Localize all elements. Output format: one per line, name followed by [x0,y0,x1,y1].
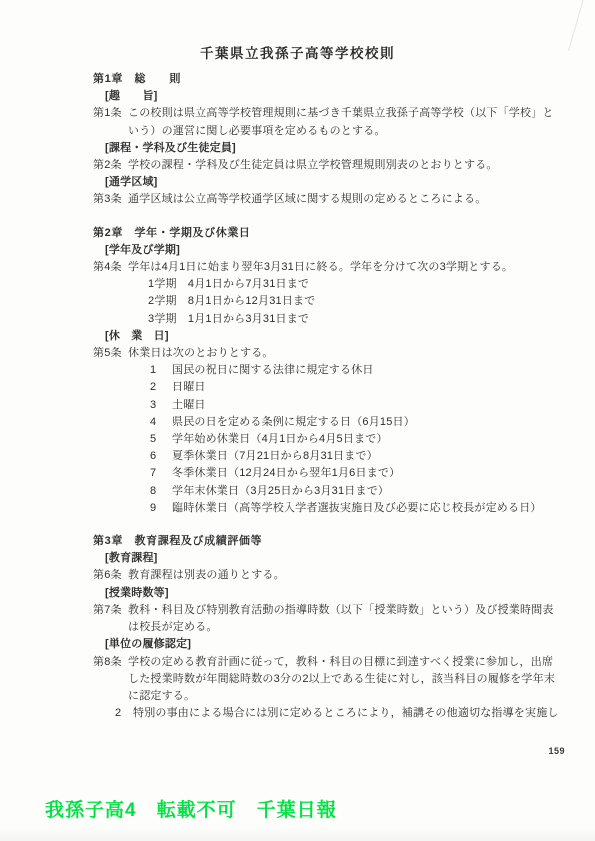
document-line: に認定する。 [93,688,565,705]
line-text: [学年及び学期] [105,244,180,256]
document-line: 9臨時休業日（高等学校入学者選抜実施日及び必要に応じ校長が定める日） [93,500,565,517]
document-line: 1国民の祝日に関する法律に規定する休日 [93,362,565,379]
line-number-label: 8 [150,483,172,500]
line-text: した授業時数が年間総時数の3分の2以上である生徒に対し，該当科目の履修を学年末 [128,673,555,685]
line-text: 第1章 総 則 [93,73,181,85]
document-line: [教育課程] [93,550,565,567]
line-text: [趣 旨] [105,90,158,102]
line-text: 土曜日 [172,397,206,414]
line-number-label: 9 [150,500,172,517]
line-number-label: 第4条 [93,259,128,276]
line-text: 2学期 8月1日から12月31日まで [148,295,315,307]
line-text: [休 業 日] [105,330,169,342]
line-number-label: 4 [150,414,172,431]
document-line: 第5条休業日は次のとおりとする。 [93,345,565,362]
line-number-label: 1 [150,362,172,379]
line-number-label: 5 [150,431,172,448]
line-number-label: 第8条 [93,654,128,671]
line-number-label: 3 [150,397,172,414]
document-line: 3学期 1月1日から3月31日まで [93,311,565,328]
line-text: 1学期 4月1日から7月31日まで [148,278,309,290]
document-line: いう）の運営に関し必要事項を定めるものとする。 [93,123,565,140]
document-line: 3土曜日 [93,397,565,414]
line-text: 第3章 教育課程及び成績評価等 [93,535,262,547]
scanned-document-page: 千葉県立我孫子高等学校校則 第1章 総 則[趣 旨]第1条この校則は県立高等学校… [0,0,595,841]
line-text: 学年末休業日（3月25日から3月31日まで） [172,483,389,500]
line-text: [単位の履修認定] [105,638,191,650]
document-line: 第6条教育課程は別表の通りとする。 [93,567,565,584]
document-line: 第7条教科・科目及び特別教育活動の指導時数（以下「授業時数」という）及び授業時間… [93,602,565,619]
line-number-label: 第7条 [93,602,128,619]
line-text: に認定する。 [128,690,195,702]
document-line: 第3条通学区域は公立高等学校通学区域に関する規則の定めるところによる。 [93,191,565,208]
line-text: 通学区域は公立高等学校通学区域に関する規則の定めるところによる。 [128,191,486,208]
line-text: 学校の課程・学科及び生徒定員は県立学校管理規則別表のとおりとする。 [128,157,498,174]
document-line: [単位の履修認定] [93,636,565,653]
document-title: 千葉県立我孫子高等学校校則 [0,42,595,62]
line-text: 学年は4月1日に始まり翌年3月31日に終る。学年を分けて次の3学期とする。 [128,259,513,276]
line-text: 休業日は次のとおりとする。 [128,345,274,362]
copyright-stamp: 我孫子高4 転載不可 千葉日報 [45,795,337,822]
document-line: 2学期 8月1日から12月31日まで [93,293,565,310]
line-number-label: 第6条 [93,567,128,584]
line-number-label: 第1条 [93,105,128,122]
line-text: 学年始め休業日（4月1日から4月5日まで） [172,431,388,448]
document-line: 1学期 4月1日から7月31日まで [93,276,565,293]
line-number-label: 第5条 [93,345,128,362]
line-text: [授業時数等] [105,587,169,599]
line-number-label: 2 [115,705,133,722]
line-text: 教育課程は別表の通りとする。 [128,567,285,584]
document-line: 7冬季休業日（12月24日から翌年1月6日まで） [93,465,565,482]
document-line: 第4条学年は4月1日に始まり翌年3月31日に終る。学年を分けて次の3学期とする。 [93,259,565,276]
line-text: 国民の祝日に関する法律に規定する休日 [172,362,374,379]
line-text: 日曜日 [172,379,206,396]
line-text: 県民の日を定める条例に規定する日（6月15日） [172,414,415,431]
line-text: は校長が定める。 [128,621,218,633]
line-number-label: 2 [150,379,172,396]
document-line: は校長が定める。 [93,619,565,636]
line-text: この校則は県立高等学校管理規則に基づき千葉県立我孫子高等学校（以下「学校」と [128,105,554,122]
document-line: した授業時数が年間総時数の3分の2以上である生徒に対し，該当科目の履修を学年末 [93,671,565,688]
line-text: [課程・学科及び生徒定員] [105,142,236,154]
line-text: 教科・科目及び特別教育活動の指導時数（以下「授業時数」という）及び授業時間表 [128,602,554,619]
document-line: 第1条この校則は県立高等学校管理規則に基づき千葉県立我孫子高等学校（以下「学校」… [93,105,565,122]
line-text: [教育課程] [105,552,158,564]
line-text: 臨時休業日（高等学校入学者選抜実施日及び必要に応じ校長が定める日） [172,500,542,517]
page-number: 159 [548,746,565,756]
document-line: 第3章 教育課程及び成績評価等 [93,533,565,550]
line-text: 冬季休業日（12月24日から翌年1月6日まで） [172,465,400,482]
document-line: [趣 旨] [93,88,565,105]
document-line: 2日曜日 [93,379,565,396]
line-text: [通学区域] [105,176,158,188]
line-text: 学校の定める教育計画に従って，教科・科目の目標に到達すべく授業に参加し，出席 [128,654,553,671]
document-line: [学年及び学期] [93,242,565,259]
document-body: 第1章 総 則[趣 旨]第1条この校則は県立高等学校管理規則に基づき千葉県立我孫… [93,71,565,722]
line-number-label: 7 [150,465,172,482]
document-line: [通学区域] [93,174,565,191]
document-line: 4県民の日を定める条例に規定する日（6月15日） [93,414,565,431]
document-line: [授業時数等] [93,585,565,602]
scan-bottom-shadow [0,827,595,841]
line-text: 3学期 1月1日から3月31日まで [148,313,309,325]
line-number-label: 6 [150,448,172,465]
document-line: 第8条学校の定める教育計画に従って，教科・科目の目標に到達すべく授業に参加し，出… [93,654,565,671]
document-line: [休 業 日] [93,328,565,345]
line-number-label: 第3条 [93,191,128,208]
document-line: 5学年始め休業日（4月1日から4月5日まで） [93,431,565,448]
document-line: 2特別の事由による場合には別に定めるところにより，補講その他適切な指導を実施し [93,705,565,722]
line-number-label: 第2条 [93,157,128,174]
document-line: 8学年末休業日（3月25日から3月31日まで） [93,483,565,500]
document-line: 第2章 学年・学期及び休業日 [93,225,565,242]
line-text: 第2章 学年・学期及び休業日 [93,227,251,239]
line-text: 特別の事由による場合には別に定めるところにより，補講その他適切な指導を実施し [133,705,559,722]
document-line: 6夏季休業日（7月21日から8月31日まで） [93,448,565,465]
document-line: [課程・学科及び生徒定員] [93,140,565,157]
line-text: いう）の運営に関し必要事項を定めるものとする。 [128,125,386,137]
line-text: 夏季休業日（7月21日から8月31日まで） [172,448,378,465]
document-line: 第2条学校の課程・学科及び生徒定員は県立学校管理規則別表のとおりとする。 [93,157,565,174]
document-line: 第1章 総 則 [93,71,565,88]
